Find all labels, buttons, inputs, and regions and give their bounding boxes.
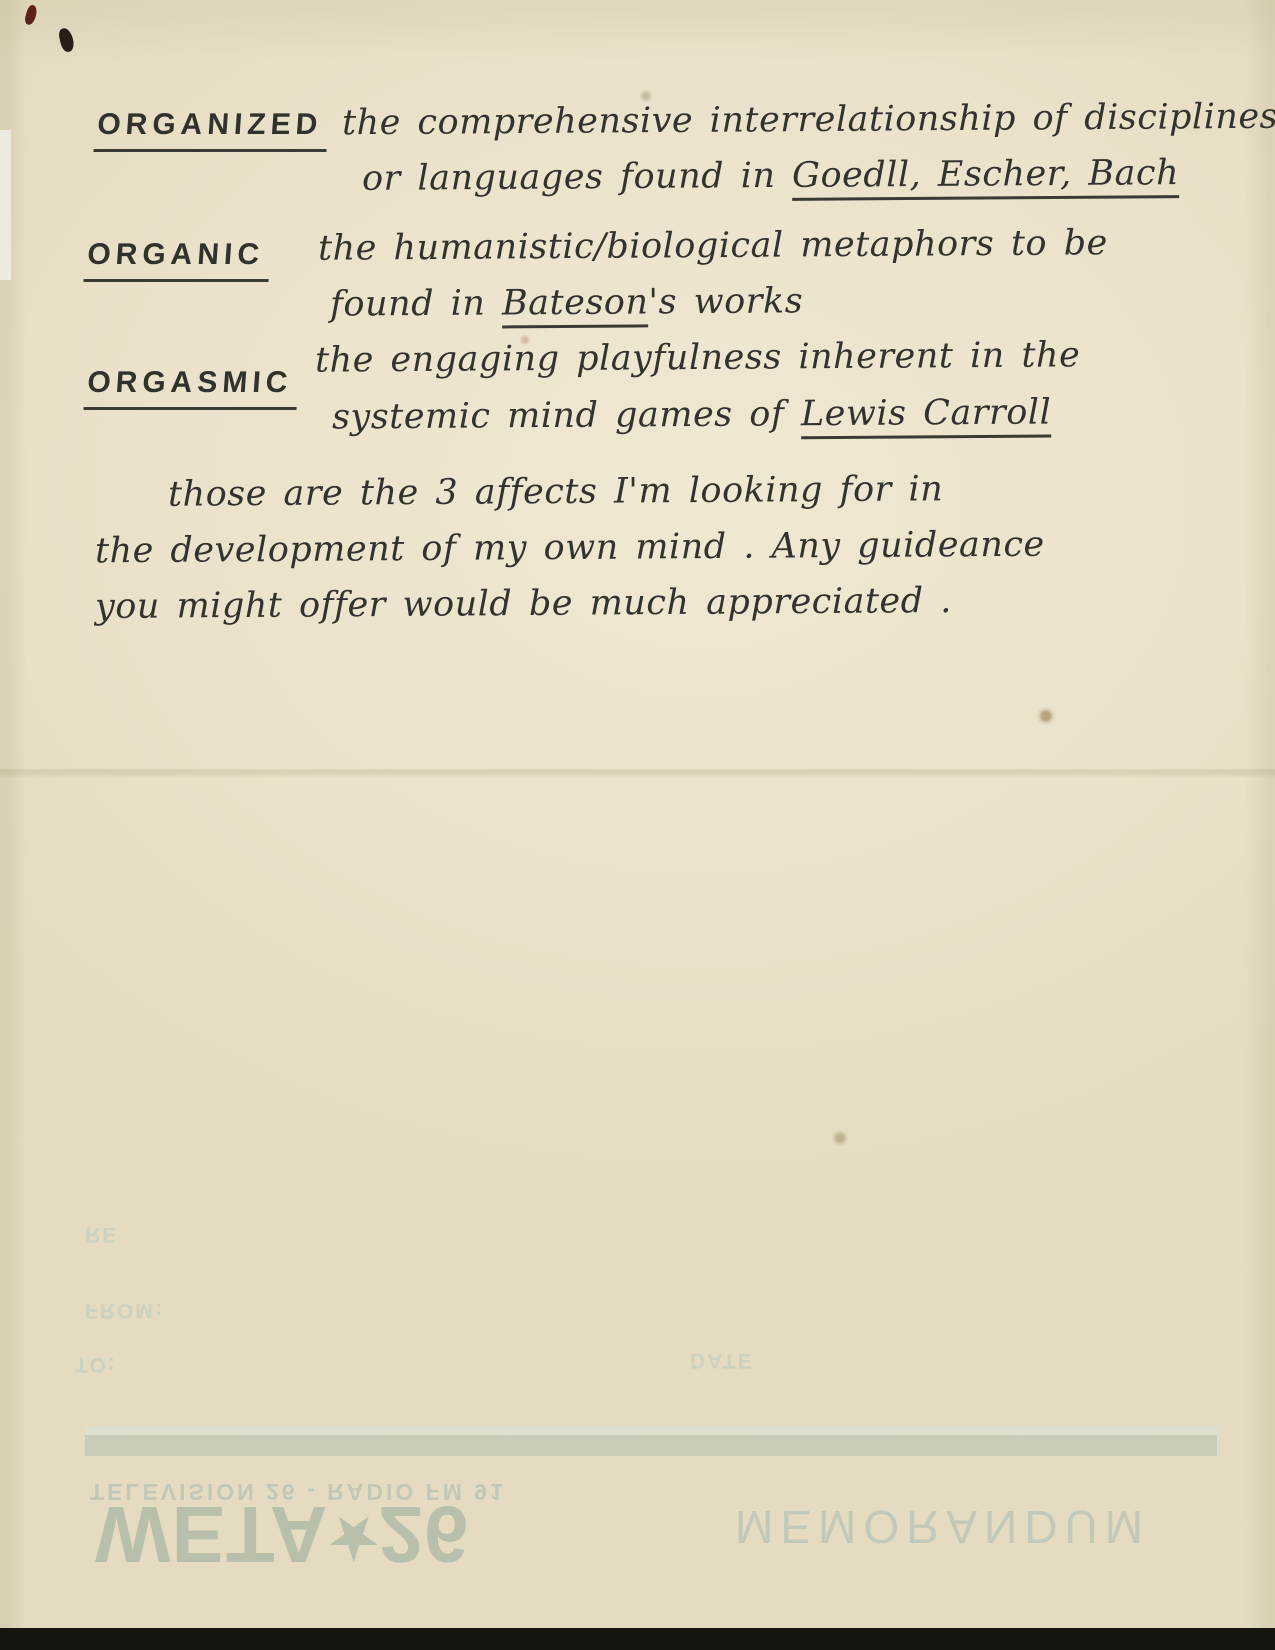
definition-text: 's works — [648, 281, 803, 322]
memorandum-title: MEMORANDUM — [735, 1500, 1150, 1554]
term-organized: ORGANIZED — [93, 108, 329, 152]
memo-field-to: TO: — [75, 1352, 117, 1376]
definition-text: systemic mind games of — [332, 394, 801, 437]
definition-text: or languages found in — [362, 156, 792, 199]
underlined-phrase: Goedll, Escher, Bach — [792, 153, 1179, 201]
definition-line: the humanistic/biological metaphors to b… — [318, 223, 1108, 269]
definition-line: the engaging playfulness inherent in the — [315, 335, 1080, 380]
scan-background-strip — [0, 1628, 1275, 1650]
logo-text-left: WETA — [95, 1490, 329, 1579]
star-icon: ★ — [329, 1507, 379, 1570]
definition-text: found in — [330, 283, 502, 324]
closing-line: you might offer would be much appreciate… — [95, 581, 952, 627]
scan-speck — [23, 4, 39, 26]
definition-line: the comprehensive interrelationship of d… — [342, 97, 1275, 144]
weta-logo: WETA★26 — [95, 1494, 470, 1574]
scan-edge-highlight — [0, 130, 11, 280]
memo-page: ORGANIZED the comprehensive interrelatio… — [0, 0, 1275, 1650]
memo-field-re: RE — [85, 1222, 118, 1246]
scan-speck — [58, 27, 76, 53]
term-orgasmic: ORGASMIC — [83, 366, 299, 410]
letterhead-bar — [85, 1426, 1217, 1456]
memo-field-from: FROM: — [85, 1298, 164, 1322]
memo-field-date: DATE — [690, 1348, 754, 1372]
definition-line: systemic mind games of Lewis Carroll — [332, 392, 1051, 437]
definition-line: found in Bateson's works — [330, 281, 803, 324]
logo-text-right: 26 — [379, 1490, 470, 1579]
term-organic: ORGANIC — [83, 238, 271, 282]
underlined-phrase: Lewis Carroll — [801, 392, 1052, 439]
underlined-phrase: Bateson — [502, 282, 649, 328]
closing-line: those are the 3 affects I'm looking for … — [168, 469, 943, 514]
closing-line: the development of my own mind . Any gui… — [95, 525, 1045, 572]
definition-line: or languages found in Goedll, Escher, Ba… — [362, 153, 1179, 199]
